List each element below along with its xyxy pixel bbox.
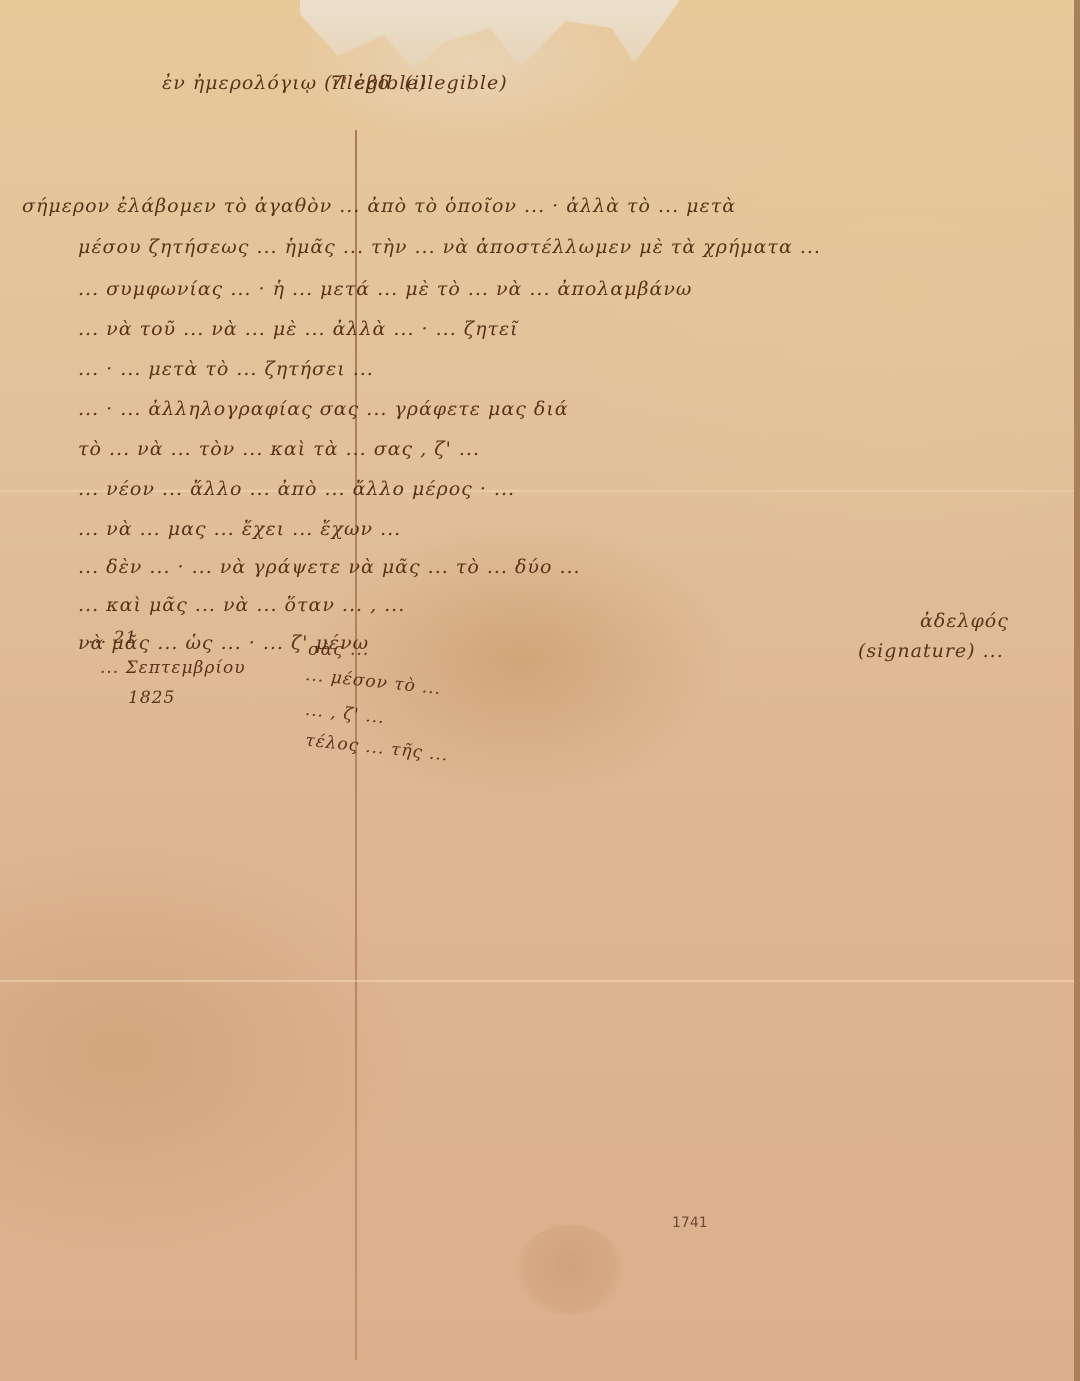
horizontal-fold-lower [0,980,1080,982]
date-line: ... Σεπτεμβρίου [100,658,246,678]
signature: (signature) ... [858,640,1004,662]
pencil-annotation: 1741 [672,1215,708,1231]
postscript-line: σὰς ... [308,640,369,660]
body-line: ... δὲν ... · ... νὰ γράψετε νὰ μᾶς ... … [78,556,581,578]
body-line: ... νέον ... ἄλλο ... ἀπὸ ... ἄλλο μέρος… [78,478,515,500]
postscript-line: ... μέσον τὸ ... [304,665,442,699]
torn-edge [300,0,680,70]
body-line: ... καὶ μᾶς ... νὰ ... ὅταν ... , ... [78,594,405,616]
body-line: ... συμφωνίας ... · ἡ ... μετά ... μὲ τὸ… [78,278,692,300]
closing-salutation: ἀδελφός [920,610,1009,632]
date-year: 1825 [128,688,175,708]
letter-page: ἐν ἠμερολόγιῳ (illegible) 7ⁱ ἑβδ. (illeg… [0,0,1080,1381]
wax-seal-mark [515,1225,625,1315]
body-line: μέσου ζητήσεως ... ἡμᾶς ... τὴν ... νὰ ἀ… [78,236,821,258]
body-line: τὸ ... νὰ ... τὸν ... καὶ τὰ ... σας , ζ… [78,438,480,460]
body-line: ... νὰ τοῦ ... νὰ ... μὲ ... ἀλλὰ ... · … [78,318,519,340]
body-line: ... νὰ ... μας ... ἔχει ... ἔχων ... [78,518,401,540]
postscript-line: ... , ζ' ... [304,700,386,728]
body-line: σήμερον ἐλάβομεν τὸ ἀγαθὸν ... ἀπὸ τὸ ὁπ… [22,195,736,217]
body-line: ... · ... ἀλληλογραφίας σας ... γράφετε … [78,398,569,420]
date-line: ... 21 [88,628,137,648]
frame-edge [1074,0,1080,1381]
postscript-line: τέλος ... τῆς ... [304,731,449,766]
body-line: ... · ... μετὰ τὸ ... ζητήσει ... [78,358,374,380]
heading-date: 7ⁱ ἑβδ. (illegible) [330,72,508,94]
